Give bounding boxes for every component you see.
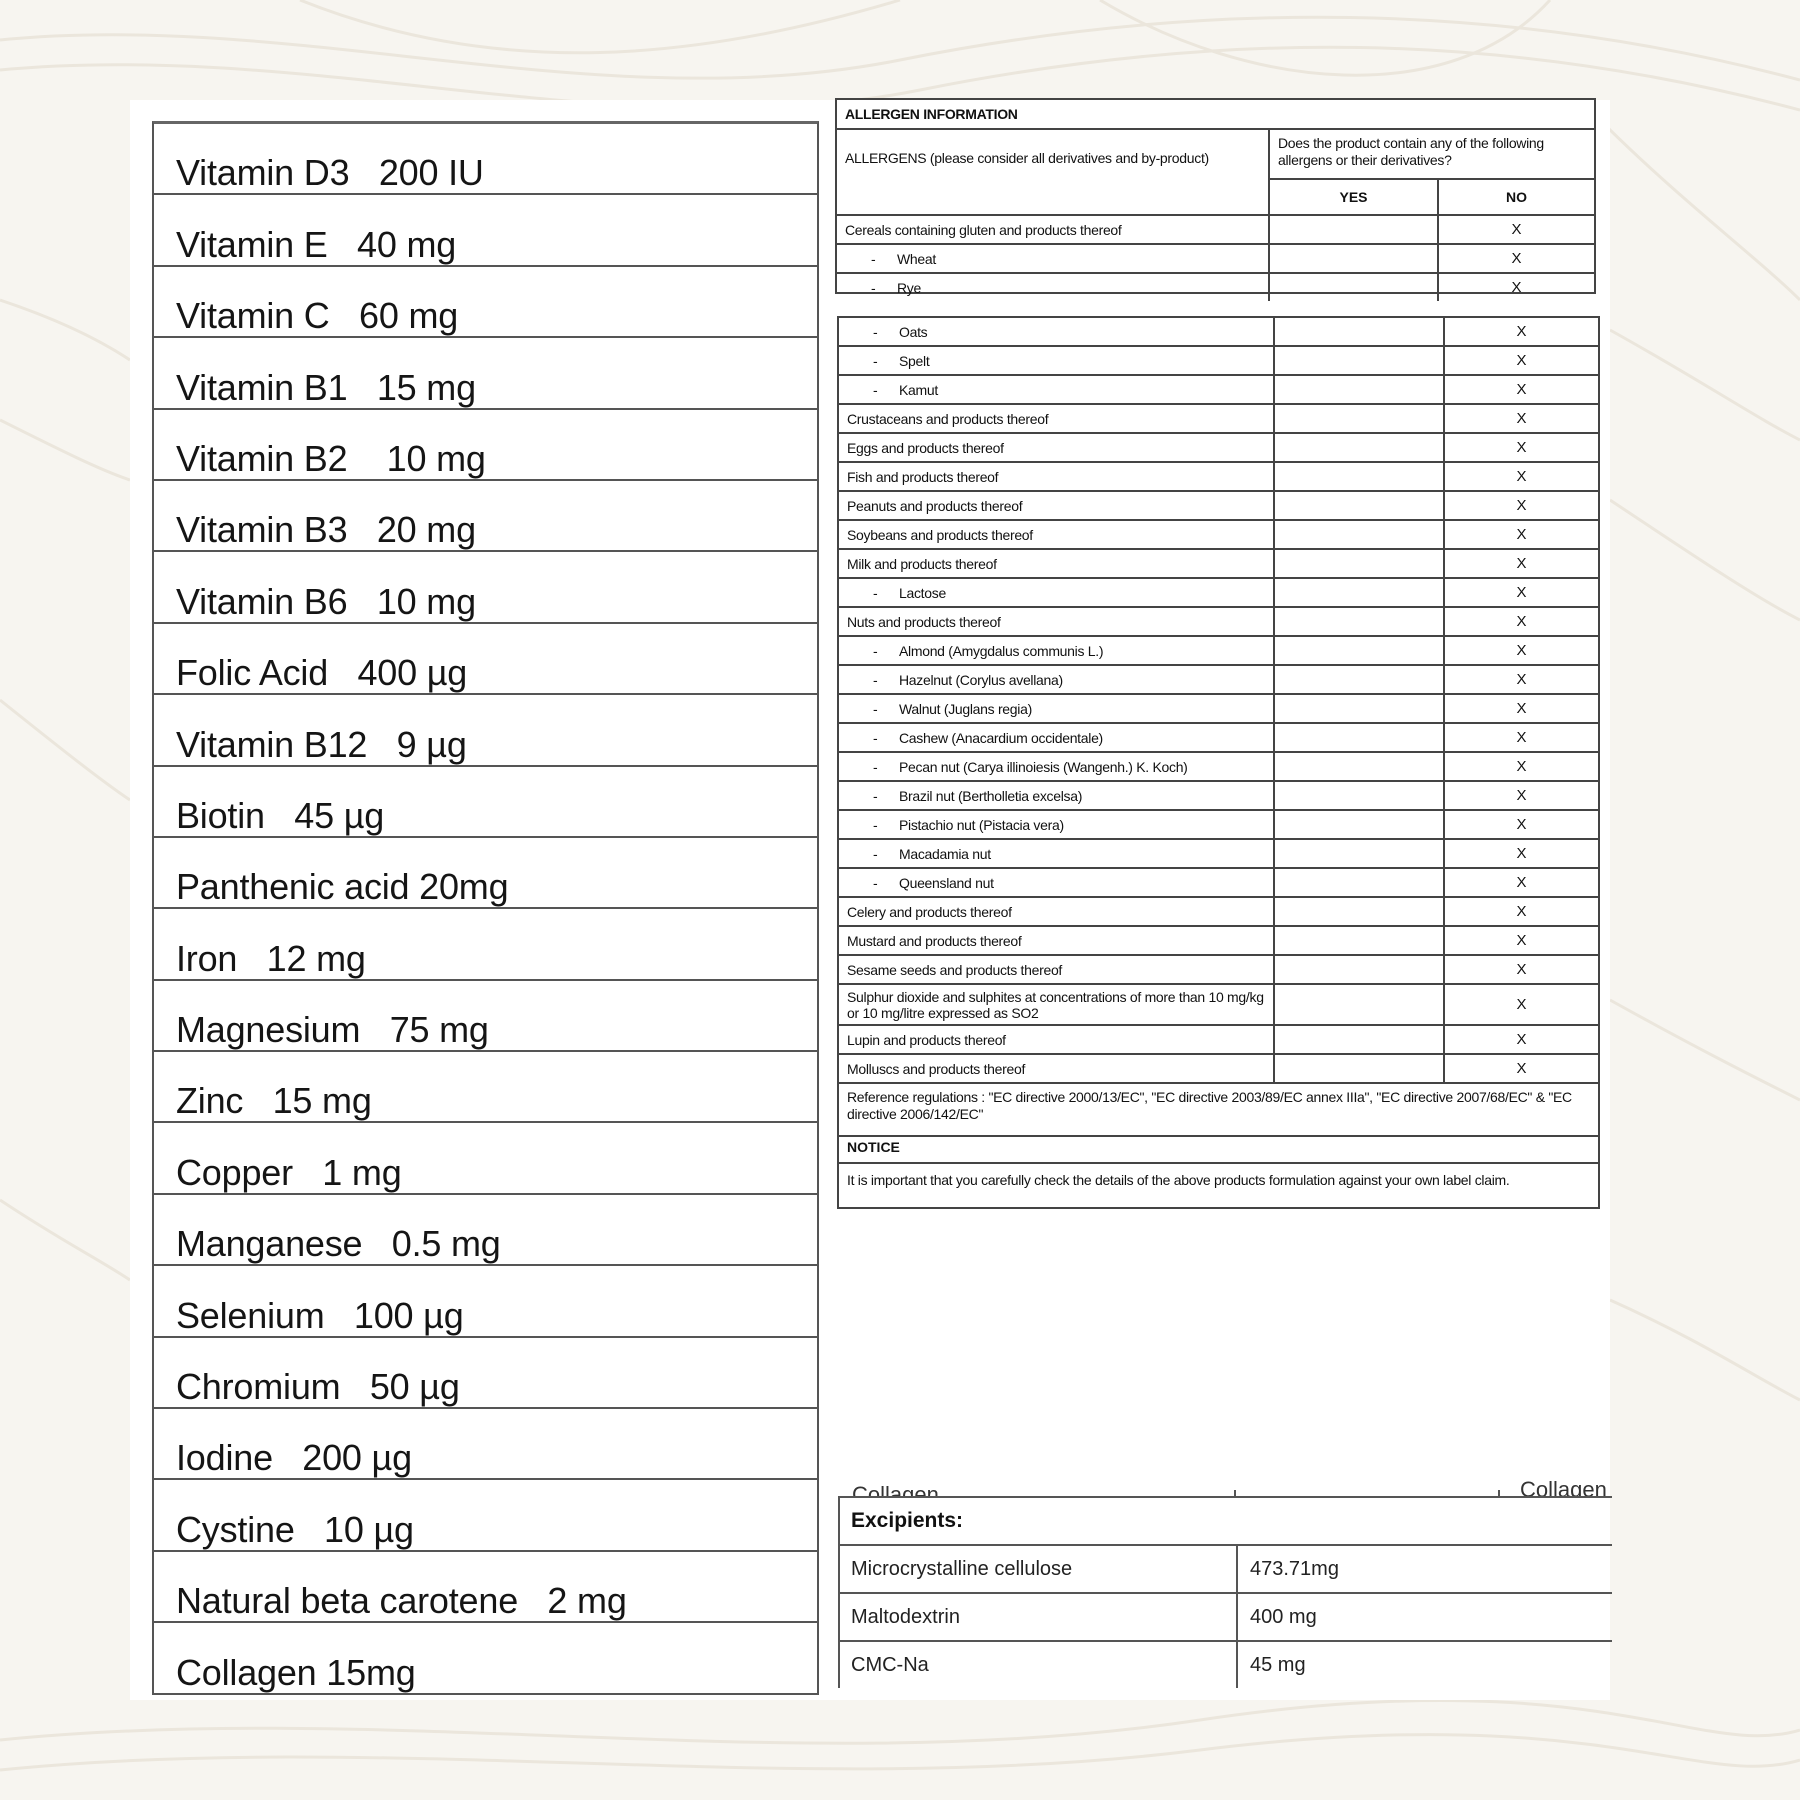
allergen-header-row: ALLERGENS (please consider all derivativ… (837, 130, 1594, 216)
allergen-row: -KamutX (839, 376, 1598, 405)
bullet-dash: - (871, 280, 897, 296)
yes-cell (1275, 521, 1445, 548)
allergen-name-text: Cereals containing gluten and products t… (845, 222, 1122, 238)
allergen-row: Nuts and products thereofX (839, 608, 1598, 637)
allergen-name-text: Soybeans and products thereof (847, 527, 1033, 543)
yes-cell (1275, 811, 1445, 838)
nutrient-row: Iron 12 mg (154, 909, 817, 980)
nutrient-label: Biotin 45 µg (176, 798, 384, 836)
yes-cell (1275, 724, 1445, 751)
clipped-previous-row: Collagen Collagen (838, 1478, 1612, 1498)
excipient-row: Maltodextrin400 mg (840, 1594, 1612, 1642)
bullet-dash: - (873, 759, 899, 775)
bullet-dash: - (873, 585, 899, 601)
notice-title: NOTICE (839, 1137, 1598, 1164)
allergen-row: Milk and products thereofX (839, 550, 1598, 579)
allergen-row: -SpeltX (839, 347, 1598, 376)
allergen-name: -Macadamia nut (839, 840, 1275, 867)
excipients-header: Excipients: (840, 1498, 1612, 1546)
allergen-row: -Walnut (Juglans regia)X (839, 695, 1598, 724)
allergen-row: Eggs and products thereofX (839, 434, 1598, 463)
yes-cell (1275, 956, 1445, 983)
excipient-name: Maltodextrin (840, 1594, 1238, 1640)
nutrient-row: Copper 1 mg (154, 1123, 817, 1194)
excipient-row: CMC-Na45 mg (840, 1642, 1612, 1688)
nutrient-row: Iodine 200 µg (154, 1409, 817, 1480)
allergen-name-text: Wheat (897, 251, 936, 267)
nutrient-label: Manganese 0.5 mg (176, 1226, 501, 1264)
allergens-column-header: ALLERGENS (please consider all derivativ… (837, 130, 1270, 214)
allergen-name: -Queensland nut (839, 869, 1275, 896)
yes-cell (1275, 1026, 1445, 1053)
nutrient-row: Magnesium 75 mg (154, 981, 817, 1052)
allergen-name: Peanuts and products thereof (839, 492, 1275, 519)
no-cell: X (1445, 550, 1598, 577)
nutrient-label: Natural beta carotene 2 mg (176, 1583, 627, 1621)
yes-cell (1275, 318, 1445, 345)
allergen-name: Milk and products thereof (839, 550, 1275, 577)
allergen-row: -Cashew (Anacardium occidentale)X (839, 724, 1598, 753)
allergen-row: -Pecan nut (Carya illinoiesis (Wangenh.)… (839, 753, 1598, 782)
allergen-row: Fish and products thereofX (839, 463, 1598, 492)
yes-cell (1275, 927, 1445, 954)
yes-cell (1275, 434, 1445, 461)
clipped-left-text: Collagen (838, 1482, 939, 1498)
yes-cell (1275, 666, 1445, 693)
nutrient-label: Collagen 15mg (176, 1655, 416, 1693)
nutrient-row: Vitamin B2 10 mg (154, 410, 817, 481)
nutrient-label: Vitamin B1 15 mg (176, 370, 476, 408)
allergen-name-text: Celery and products thereof (847, 904, 1012, 920)
allergen-name: Soybeans and products thereof (839, 521, 1275, 548)
allergen-row: -RyeX (837, 274, 1594, 301)
allergen-row: Lupin and products thereofX (839, 1026, 1598, 1055)
allergen-name-text: Peanuts and products thereof (847, 498, 1022, 514)
no-cell: X (1445, 1026, 1598, 1053)
yes-cell (1275, 405, 1445, 432)
yes-cell (1275, 579, 1445, 606)
nutrient-label: Iron 12 mg (176, 941, 366, 979)
yes-cell (1270, 245, 1439, 272)
allergen-table-part1: ALLERGEN INFORMATION ALLERGENS (please c… (835, 98, 1596, 294)
allergen-name: -Hazelnut (Corylus avellana) (839, 666, 1275, 693)
bullet-dash: - (873, 875, 899, 891)
no-cell: X (1439, 216, 1594, 243)
allergen-row: -OatsX (839, 318, 1598, 347)
clipped-right-text: Collagen (1506, 1478, 1607, 1498)
no-cell: X (1439, 245, 1594, 272)
nutrient-row: Vitamin B12 9 µg (154, 695, 817, 766)
allergen-name-text: Spelt (899, 353, 929, 369)
nutrient-row: Collagen 15mg (154, 1623, 817, 1694)
no-cell: X (1445, 898, 1598, 925)
nutrient-label: Panthenic acid 20mg (176, 869, 508, 907)
no-cell: X (1445, 724, 1598, 751)
bullet-dash: - (873, 353, 899, 369)
no-cell: X (1445, 695, 1598, 722)
yes-cell (1275, 898, 1445, 925)
allergen-name-text: Pistachio nut (Pistacia vera) (899, 817, 1064, 833)
nutrient-label: Folic Acid 400 µg (176, 655, 467, 693)
no-cell: X (1445, 579, 1598, 606)
allergen-name: -Cashew (Anacardium occidentale) (839, 724, 1275, 751)
allergen-name-text: Hazelnut (Corylus avellana) (899, 672, 1063, 688)
allergen-name-text: Lactose (899, 585, 946, 601)
allergen-name-text: Eggs and products thereof (847, 440, 1004, 456)
allergen-row: Molluscs and products thereofX (839, 1055, 1598, 1084)
allergen-name-text: Brazil nut (Bertholletia excelsa) (899, 788, 1082, 804)
allergen-row: -Almond (Amygdalus communis L.)X (839, 637, 1598, 666)
no-cell: X (1445, 869, 1598, 896)
allergen-name: Celery and products thereof (839, 898, 1275, 925)
nutrient-label: Iodine 200 µg (176, 1440, 412, 1478)
no-cell: X (1445, 1055, 1598, 1082)
no-cell: X (1445, 956, 1598, 983)
bullet-dash: - (873, 643, 899, 659)
allergen-name-text: Sulphur dioxide and sulphites at concent… (847, 989, 1273, 1021)
nutrient-label: Cystine 10 µg (176, 1512, 414, 1550)
excipient-name: CMC-Na (840, 1642, 1238, 1688)
nutrient-label: Vitamin C 60 mg (176, 298, 458, 336)
no-cell: X (1445, 811, 1598, 838)
bullet-dash: - (873, 817, 899, 833)
nutrient-table: Vitamin D3 200 IUVitamin E 40 mgVitamin … (152, 121, 819, 1695)
bullet-dash: - (873, 672, 899, 688)
nutrient-label: Chromium 50 µg (176, 1369, 460, 1407)
allergen-name-text: Walnut (Juglans regia) (899, 701, 1032, 717)
allergen-name-text: Pecan nut (Carya illinoiesis (Wangenh.) … (899, 759, 1188, 775)
nutrient-label: Vitamin B2 10 mg (176, 441, 486, 479)
yes-cell (1270, 216, 1439, 243)
nutrient-row: Natural beta carotene 2 mg (154, 1552, 817, 1623)
allergen-name: -Kamut (839, 376, 1275, 403)
allergen-name: -Rye (837, 274, 1270, 301)
excipient-name: Microcrystalline cellulose (840, 1546, 1238, 1592)
nutrient-row: Vitamin B1 15 mg (154, 338, 817, 409)
nutrient-label: Copper 1 mg (176, 1155, 402, 1193)
yes-cell (1275, 376, 1445, 403)
no-cell: X (1445, 347, 1598, 374)
allergen-name-text: Lupin and products thereof (847, 1032, 1006, 1048)
allergen-name: Sulphur dioxide and sulphites at concent… (839, 985, 1275, 1024)
no-column-header: NO (1439, 180, 1594, 214)
allergen-name: Cereals containing gluten and products t… (837, 216, 1270, 243)
allergen-name: Nuts and products thereof (839, 608, 1275, 635)
nutrient-row: Selenium 100 µg (154, 1266, 817, 1337)
nutrient-row: Vitamin D3 200 IU (154, 124, 817, 195)
nutrient-label: Selenium 100 µg (176, 1298, 464, 1336)
no-cell: X (1439, 274, 1594, 301)
allergen-name: -Walnut (Juglans regia) (839, 695, 1275, 722)
nutrient-label: Vitamin B12 9 µg (176, 727, 467, 765)
nutrient-row: Manganese 0.5 mg (154, 1195, 817, 1266)
allergen-name-text: Fish and products thereof (847, 469, 998, 485)
allergen-name: Sesame seeds and products thereof (839, 956, 1275, 983)
nutrient-row: Chromium 50 µg (154, 1338, 817, 1409)
allergen-name-text: Sesame seeds and products thereof (847, 962, 1062, 978)
no-cell: X (1445, 985, 1598, 1024)
allergen-name-text: Nuts and products thereof (847, 614, 1001, 630)
nutrient-label: Magnesium 75 mg (176, 1012, 489, 1050)
bullet-dash: - (871, 251, 897, 267)
nutrient-row: Vitamin C 60 mg (154, 267, 817, 338)
allergen-name-text: Cashew (Anacardium occidentale) (899, 730, 1103, 746)
excipient-row: Microcrystalline cellulose473.71mg (840, 1546, 1612, 1594)
allergen-name: Mustard and products thereof (839, 927, 1275, 954)
allergen-row: Mustard and products thereofX (839, 927, 1598, 956)
no-cell: X (1445, 434, 1598, 461)
allergen-name-text: Mustard and products thereof (847, 933, 1021, 949)
no-cell: X (1445, 927, 1598, 954)
yes-cell (1275, 637, 1445, 664)
allergen-name: -Oats (839, 318, 1275, 345)
no-cell: X (1445, 463, 1598, 490)
nutrient-label: Vitamin E 40 mg (176, 227, 456, 265)
no-cell: X (1445, 318, 1598, 345)
allergen-name-text: Queensland nut (899, 875, 994, 891)
allergen-name: Fish and products thereof (839, 463, 1275, 490)
nutrient-row: Cystine 10 µg (154, 1480, 817, 1551)
notice-text: It is important that you carefully check… (839, 1164, 1598, 1189)
bullet-dash: - (873, 382, 899, 398)
yes-cell (1275, 550, 1445, 577)
no-cell: X (1445, 492, 1598, 519)
nutrient-row: Panthenic acid 20mg (154, 838, 817, 909)
allergen-name: -Wheat (837, 245, 1270, 272)
allergen-row: Sulphur dioxide and sulphites at concent… (839, 985, 1598, 1026)
nutrient-row: Zinc 15 mg (154, 1052, 817, 1123)
bullet-dash: - (873, 846, 899, 862)
yes-cell (1270, 274, 1439, 301)
bullet-dash: - (873, 324, 899, 340)
allergen-table-part2: -OatsX-SpeltX-KamutXCrustaceans and prod… (837, 316, 1600, 1209)
allergen-name: -Pistachio nut (Pistacia vera) (839, 811, 1275, 838)
yes-cell (1275, 695, 1445, 722)
allergen-name: -Almond (Amygdalus communis L.) (839, 637, 1275, 664)
yes-cell (1275, 608, 1445, 635)
allergen-name: -Spelt (839, 347, 1275, 374)
nutrient-label: Zinc 15 mg (176, 1083, 372, 1121)
no-cell: X (1445, 666, 1598, 693)
allergen-row: Peanuts and products thereofX (839, 492, 1598, 521)
yes-cell (1275, 347, 1445, 374)
excipient-amount: 400 mg (1238, 1594, 1612, 1640)
allergen-row: -LactoseX (839, 579, 1598, 608)
no-cell: X (1445, 637, 1598, 664)
allergen-row: Sesame seeds and products thereofX (839, 956, 1598, 985)
bullet-dash: - (873, 730, 899, 746)
allergen-name-text: Rye (897, 280, 921, 296)
no-cell: X (1445, 782, 1598, 809)
no-cell: X (1445, 376, 1598, 403)
allergen-row: Celery and products thereofX (839, 898, 1598, 927)
allergen-name-text: Oats (899, 324, 927, 340)
excipient-amount: 473.71mg (1238, 1546, 1612, 1592)
yes-cell (1275, 782, 1445, 809)
allergen-row: -Pistachio nut (Pistacia vera)X (839, 811, 1598, 840)
yes-cell (1275, 753, 1445, 780)
no-cell: X (1445, 405, 1598, 432)
nutrient-row: Vitamin B6 10 mg (154, 552, 817, 623)
nutrient-label: Vitamin B6 10 mg (176, 584, 476, 622)
allergen-name-text: Almond (Amygdalus communis L.) (899, 643, 1103, 659)
allergen-row: -Macadamia nutX (839, 840, 1598, 869)
nutrient-label: Vitamin D3 200 IU (176, 155, 484, 193)
excipients-table: Collagen Collagen Excipients: Microcryst… (838, 1478, 1612, 1688)
bullet-dash: - (873, 701, 899, 717)
allergen-name: -Pecan nut (Carya illinoiesis (Wangenh.)… (839, 753, 1275, 780)
allergen-name: -Lactose (839, 579, 1275, 606)
allergen-name: Lupin and products thereof (839, 1026, 1275, 1053)
nutrient-label: Vitamin B3 20 mg (176, 512, 476, 550)
allergen-row: -Brazil nut (Bertholletia excelsa)X (839, 782, 1598, 811)
bullet-dash: - (873, 788, 899, 804)
allergen-row: -Queensland nutX (839, 869, 1598, 898)
yes-cell (1275, 463, 1445, 490)
allergen-name: Eggs and products thereof (839, 434, 1275, 461)
allergen-row: Cereals containing gluten and products t… (837, 216, 1594, 245)
allergen-title: ALLERGEN INFORMATION (837, 100, 1594, 130)
allergen-name-text: Crustaceans and products thereof (847, 411, 1048, 427)
no-cell: X (1445, 608, 1598, 635)
no-cell: X (1445, 753, 1598, 780)
yes-cell (1275, 492, 1445, 519)
no-cell: X (1445, 840, 1598, 867)
allergen-question: Does the product contain any of the foll… (1270, 130, 1594, 180)
yes-cell (1275, 985, 1445, 1024)
allergen-name-text: Milk and products thereof (847, 556, 997, 572)
no-cell: X (1445, 521, 1598, 548)
allergen-name: -Brazil nut (Bertholletia excelsa) (839, 782, 1275, 809)
yes-cell (1275, 869, 1445, 896)
reference-regulations: Reference regulations : "EC directive 20… (839, 1084, 1598, 1137)
allergen-row: -Hazelnut (Corylus avellana)X (839, 666, 1598, 695)
allergen-name-text: Macadamia nut (899, 846, 991, 862)
nutrient-row: Folic Acid 400 µg (154, 624, 817, 695)
nutrient-row: Biotin 45 µg (154, 767, 817, 838)
yes-cell (1275, 840, 1445, 867)
nutrient-row: Vitamin B3 20 mg (154, 481, 817, 552)
nutrient-row: Vitamin E 40 mg (154, 195, 817, 266)
allergen-name: Molluscs and products thereof (839, 1055, 1275, 1082)
allergen-row: -WheatX (837, 245, 1594, 274)
allergen-name-text: Molluscs and products thereof (847, 1061, 1025, 1077)
allergen-name: Crustaceans and products thereof (839, 405, 1275, 432)
allergen-row: Crustaceans and products thereofX (839, 405, 1598, 434)
excipient-amount: 45 mg (1238, 1642, 1612, 1688)
allergen-row: Soybeans and products thereofX (839, 521, 1598, 550)
yes-column-header: YES (1270, 180, 1439, 214)
yes-cell (1275, 1055, 1445, 1082)
allergen-name-text: Kamut (899, 382, 938, 398)
